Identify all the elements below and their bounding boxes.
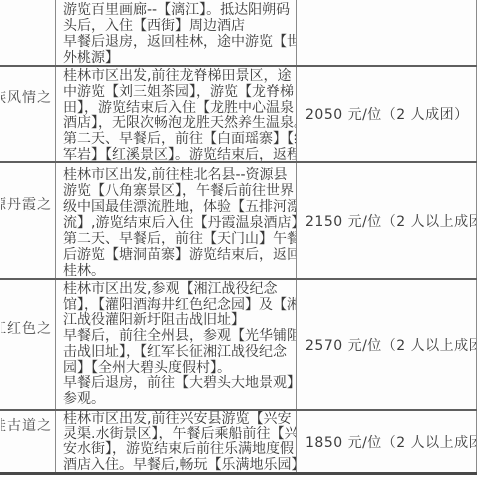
- itinerary-cell: 桂林市区出发,前往龙脊梯田景区，途 中游览【刘三姐茶园】，游览【龙脊梯 田】，游…: [56, 67, 297, 161]
- tour-label: 源丹霞之: [1, 194, 52, 214]
- tour-label-text: 红色之: [7, 321, 52, 337]
- price-cell: [297, 0, 477, 65]
- tour-label-cell: [0, 0, 56, 65]
- price-cell: 1850 元/位（2 人以上成团）: [297, 411, 477, 472]
- itinerary-cell: 游览百里画廊--【漓江】。抵达阳朔码 头后，入住【西街】周边酒店 早餐后退房，返…: [56, 0, 297, 65]
- table-row: 族风情之 桂林市区出发,前往龙脊梯田景区，途 中游览【刘三姐茶园】，游览【龙脊梯…: [0, 67, 477, 163]
- itinerary-cell: 桂林市区出发,参观【湘江战役纪念 馆】，【灌阳酒海井红色纪念园】及【湘 江战役灌…: [56, 280, 297, 409]
- price-cell: 2570 元/位（2 人以上成团）: [297, 280, 477, 409]
- tour-label-text: 古道之: [7, 418, 52, 434]
- tour-label-cell: 江红色之: [0, 280, 56, 409]
- table-row: 源丹霞之 桂林市区出发,前往桂北名县--资源县 游览【八角寨景区】，午餐后前往世…: [0, 163, 477, 280]
- tour-label: 江红色之: [1, 318, 52, 338]
- tour-label-text: 风情之: [7, 90, 52, 106]
- itinerary-cell: 桂林市区出发,前往桂北名县--资源县 游览【八角寨景区】，午餐后前往世界 级中国…: [56, 163, 297, 278]
- tour-label: 族风情之: [1, 87, 52, 107]
- tour-label-cell: 桂古道之: [0, 411, 56, 472]
- tour-label-text: 丹霞之: [7, 197, 52, 213]
- table-row: 江红色之 桂林市区出发,参观【湘江战役纪念 馆】，【灌阳酒海井红色纪念园】及【湘…: [0, 280, 477, 411]
- tour-label: 桂古道之: [1, 415, 52, 435]
- itinerary-cell: 桂林市区出发,前往兴安县游览【兴安 灵渠.水街景区】，午餐后乘船前往【兴 安水街…: [56, 411, 297, 472]
- price-cell: 2150 元/位（2 人以上成团）: [297, 163, 477, 278]
- table-row: 游览百里画廊--【漓江】。抵达阳朔码 头后，入住【西街】周边酒店 早餐后退房，返…: [0, 0, 477, 67]
- tour-label-cell: 源丹霞之: [0, 163, 56, 278]
- itinerary-price-table-document: 游览百里画廊--【漓江】。抵达阳朔码 头后，入住【西街】周边酒店 早餐后退房，返…: [0, 0, 480, 480]
- tour-price-table: 游览百里画廊--【漓江】。抵达阳朔码 头后，入住【西街】周边酒店 早餐后退房，返…: [0, 0, 477, 475]
- table-row: 桂古道之 桂林市区出发,前往兴安县游览【兴安 灵渠.水街景区】，午餐后乘船前往【…: [0, 411, 477, 475]
- tour-label-cell: 族风情之: [0, 67, 56, 161]
- tour-label: [46, 25, 52, 41]
- price-cell: 2050 元/位（2 人成团）: [297, 67, 477, 161]
